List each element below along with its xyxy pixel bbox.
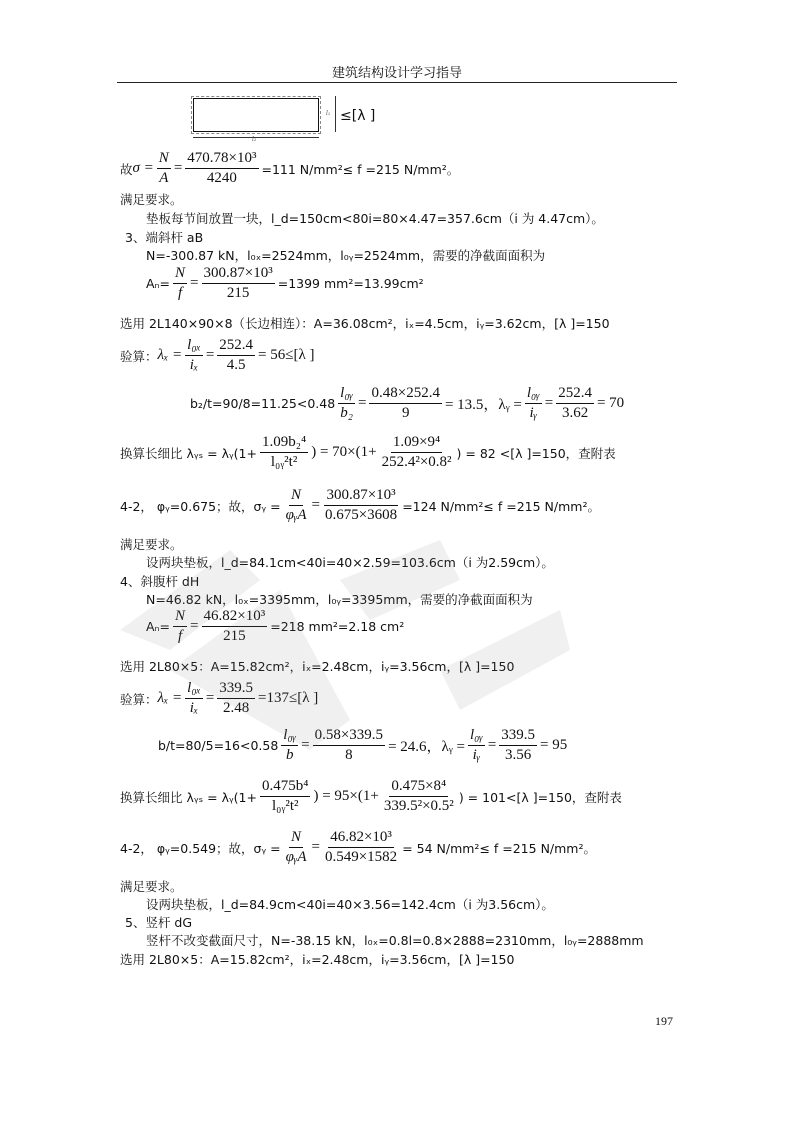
section-3-title: 3、端斜杆 aB (125, 228, 203, 246)
header-rule (117, 82, 677, 83)
s5-given: 竖杆不改变截面尺寸，N=-38.15 kN，l₀ₓ=0.8l=0.8×2888=… (146, 931, 644, 949)
s4-eq-bt: b/t=80/5=16<0.58 l₀ᵧb= 0.58×339.58 = 24.… (158, 727, 567, 764)
s4-plate: 设两块垫板，l_d=84.9cm<40i=40×3.56=142.4cm（i 为… (146, 895, 554, 913)
dimension-line-vertical (335, 96, 336, 132)
s3-eq-lambda-x: 验算： λₓ = l₀ₓiₓ= 252.44.5 = 56≤[λ ] (120, 337, 315, 374)
s5-select: 选用 2L80×5：A=15.82cm²，iₓ=2.48cm，iᵧ=3.56cm… (120, 950, 514, 968)
plate-diagram (193, 98, 319, 132)
dim-label-w: l₂ (252, 136, 256, 143)
s3-ok: 满足要求。 (120, 535, 183, 553)
s3-select: 选用 2L140×90×8（长边相连）：A=36.08cm²，iₓ=4.5cm，… (120, 314, 610, 332)
s3-eq-an: Aₙ= Nf= 300.87×10³215 =1399 mm²=13.99cm² (146, 265, 424, 302)
eq-sigma: 故 σ = NA= 470.78×10³4240 =111 N/mm²≤ f =… (120, 150, 459, 187)
s3-eq-phi: 4-2， φᵧ=0.675；故，σᵧ = NφᵧA= 300.87×10³0.6… (120, 487, 600, 524)
s3-eq-conv: 换算长细比 λᵧₛ = λᵧ(1+ 1.09b₂⁴l₀ᵧ²t² ) = 70×(… (120, 434, 616, 471)
s4-eq-lambda-x: 验算： λₓ = l₀ₓiₓ= 339.52.48 =137≤[λ ] (120, 680, 318, 717)
s4-eq-an: Aₙ= Nf= 46.82×10³215 =218 mm²=2.18 cm² (146, 608, 404, 645)
s3-given: N=-300.87 kN，l₀ₓ=2524mm，l₀ᵧ=2524mm，需要的净截… (146, 246, 545, 264)
section-5-title: 5、竖杆 dG (125, 913, 192, 931)
s4-ok: 满足要求。 (120, 877, 183, 895)
text-plate: 垫板每节间放置一块，l_d=150cm<80i=80×4.47=357.6cm（… (146, 209, 604, 227)
running-header: 建筑结构设计学习指导 (117, 62, 677, 81)
s3-eq-bt: b₂/t=90/8=11.25<0.48 l₀ᵧb₂= 0.48×252.49 … (190, 385, 624, 422)
s4-eq-phi: 4-2， φᵧ=0.549；故，σᵧ = NφᵧA= 46.82×10³0.54… (120, 829, 596, 866)
dim-label-h: l₁ (326, 110, 330, 117)
s3-plate: 设两块垫板，l_d=84.1cm<40i=40×2.59=103.6cm（i 为… (146, 553, 554, 571)
diagram-relation: ≤[λ ] (340, 108, 375, 124)
s4-select: 选用 2L80×5：A=15.82cm²，iₓ=2.48cm，iᵧ=3.56cm… (120, 657, 514, 675)
section-4-title: 4、斜腹杆 dH (120, 572, 199, 590)
text-ok: 满足要求。 (120, 190, 183, 208)
page-number: 197 (655, 1014, 673, 1029)
s4-eq-conv: 换算长细比 λᵧₛ = λᵧ(1+ 0.475b⁴l₀ᵧ²t² ) = 95×(… (120, 778, 622, 815)
s4-given: N=46.82 kN，l₀ₓ=3395mm，l₀ᵧ=3395mm，需要的净截面面… (146, 590, 533, 608)
